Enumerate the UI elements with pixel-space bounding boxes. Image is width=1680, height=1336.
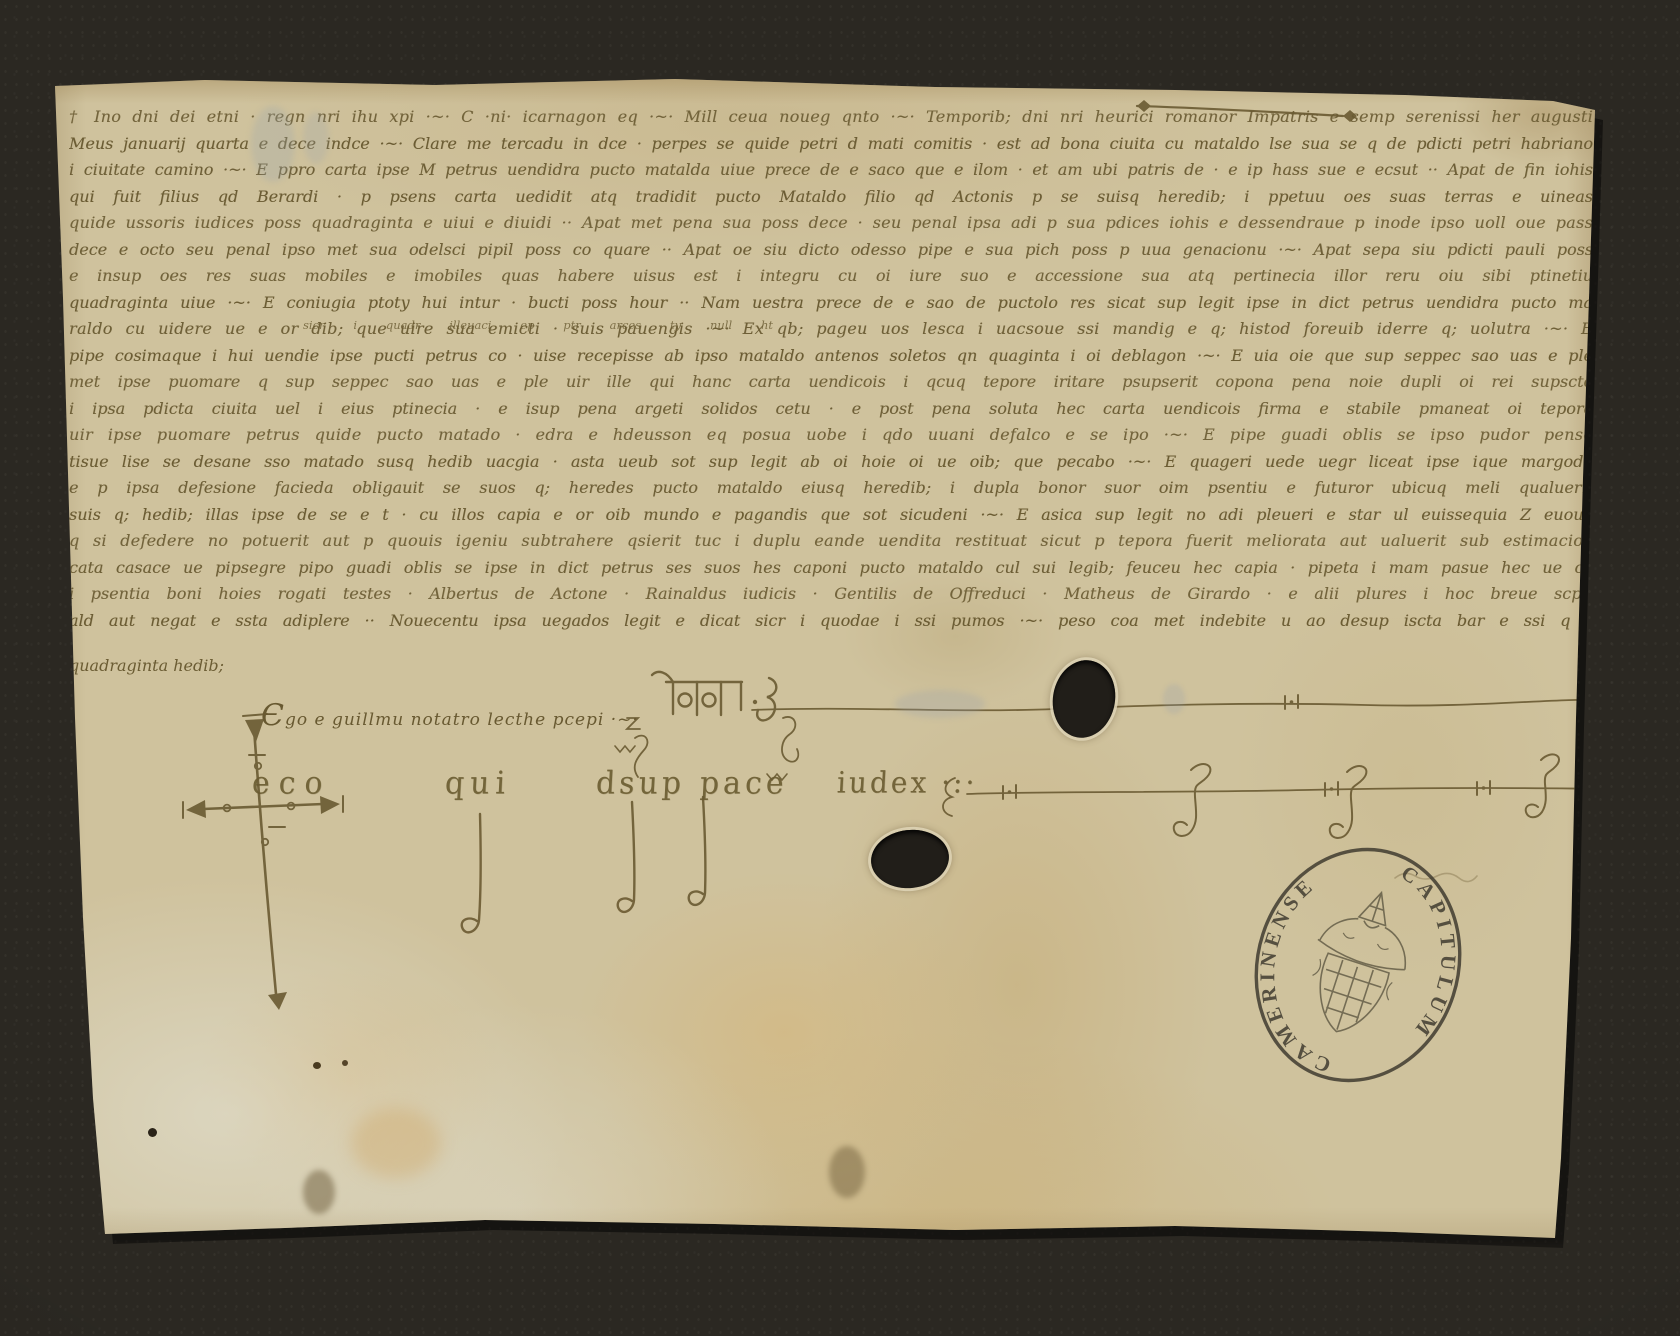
interlinear-note: sicr i quadr illeuaci ep ptr arces ty nu…	[303, 318, 773, 332]
judge-word-qui: qui	[444, 765, 512, 802]
ink-speck	[313, 1062, 321, 1069]
judge-word-dsup: dsup	[595, 765, 686, 802]
manuscript-line: e insup oes res suas mobiles e imobiles …	[69, 263, 1593, 289]
svg-text:CAMERINENSE: CAMERINENSE	[1225, 865, 1385, 1078]
notary-monogram-M	[652, 672, 776, 720]
manuscript-line: i ipsa pdicta ciuita uel i eius ptinecia…	[69, 396, 1593, 422]
judge-word-eco: eco	[251, 765, 333, 802]
stamp-mitred-figure	[1293, 879, 1426, 1046]
ruled-line-notary	[752, 700, 1603, 711]
manuscript-line: i psentia boni hoies rogati testes · Alb…	[69, 581, 1593, 607]
ink-speck	[342, 1060, 348, 1066]
manuscript-line: q si defedere no potuerit aut p quouis i…	[69, 528, 1593, 554]
manuscript-line: tisue lise se desane sso matado susq hed…	[69, 449, 1593, 475]
gray-deposit	[1163, 684, 1185, 714]
parchment-hole	[868, 826, 952, 892]
manuscript-line: pipe cosimaque i hui uendie ipse pucti p…	[69, 343, 1593, 369]
stain	[351, 1108, 441, 1178]
chapter-stamp: CAPITULUM CAMERINENSE	[1225, 822, 1490, 1108]
judge-word-descenders	[462, 797, 706, 932]
faded-scribble	[1395, 873, 1477, 881]
judge-word-pace: pace	[699, 765, 789, 802]
manuscript-line: met ipse puomare q sup seppec sao uas e …	[69, 369, 1593, 395]
manuscript-line: uir ipse puomare petrus quide pucto mata…	[69, 422, 1593, 448]
stamp-legend-top: CAPITULUM	[1351, 858, 1490, 1048]
ruled-line-judge	[967, 788, 1607, 794]
manuscript-line: i ciuitate camino ·~· E ppro carta ipse …	[69, 157, 1593, 183]
manuscript-line: quadraginta uiue ·~· E coniugia ptoty hu…	[69, 290, 1593, 316]
flourish-g	[782, 717, 798, 762]
ruled-line-knot	[1285, 695, 1298, 709]
parchment-hole	[1047, 655, 1122, 743]
manuscript-line: dece e octo seu penal ipso met sua odels…	[69, 237, 1593, 263]
manuscript-line: quide ussoris iudices poss quadraginta e…	[69, 210, 1593, 236]
manuscript-text-block: † Ino dni dei etni · regn nri ihu xpi ·~…	[69, 104, 1593, 634]
closing-line-fragment: quadraginta hedib;	[69, 656, 224, 675]
manuscript-line: raldo cu uidere ue e or dib; que uire su…	[69, 316, 1593, 342]
judge-line-knots	[1003, 781, 1490, 799]
flourish-w1	[615, 746, 635, 752]
stamp-legend-bottom: CAMERINENSE	[1225, 865, 1385, 1078]
worm-hole	[148, 1128, 157, 1137]
judge-line-curls	[1174, 754, 1559, 838]
notarial-cross-signum	[183, 714, 343, 1010]
stain	[303, 1170, 335, 1214]
manuscript-line: † Ino dni dei etni · regn nri ihu xpi ·~…	[69, 104, 1593, 130]
manuscript-line: Meus januarij quarta e dece indce ·~· Cl…	[69, 131, 1593, 157]
stain	[829, 1146, 865, 1198]
manuscript-line: cata casace ue pipsegre pipo guadi oblis…	[69, 555, 1593, 581]
manuscript-line: suis q; hedib; illas ipse de se e t · cu…	[69, 502, 1593, 528]
gray-deposit	[895, 690, 985, 718]
manuscript-line: qui fuit filius qd Berardi · p psens car…	[69, 184, 1593, 210]
manuscript-line: ald aut negat e ssta adiplere ·· Nouecen…	[69, 608, 1593, 634]
judge-word-iudex: iudex ·:·	[836, 765, 978, 800]
parchment-sheet: † Ino dni dei etni · regn nri ihu xpi ·~…	[55, 78, 1607, 1242]
notary-subscription-line: Єgo e guillmu notatro lecthe pcepi ·~·	[261, 698, 639, 733]
manuscript-line: e p ipsa defesione facieda obligauit se …	[69, 475, 1593, 501]
svg-text:CAPITULUM: CAPITULUM	[1351, 858, 1490, 1048]
